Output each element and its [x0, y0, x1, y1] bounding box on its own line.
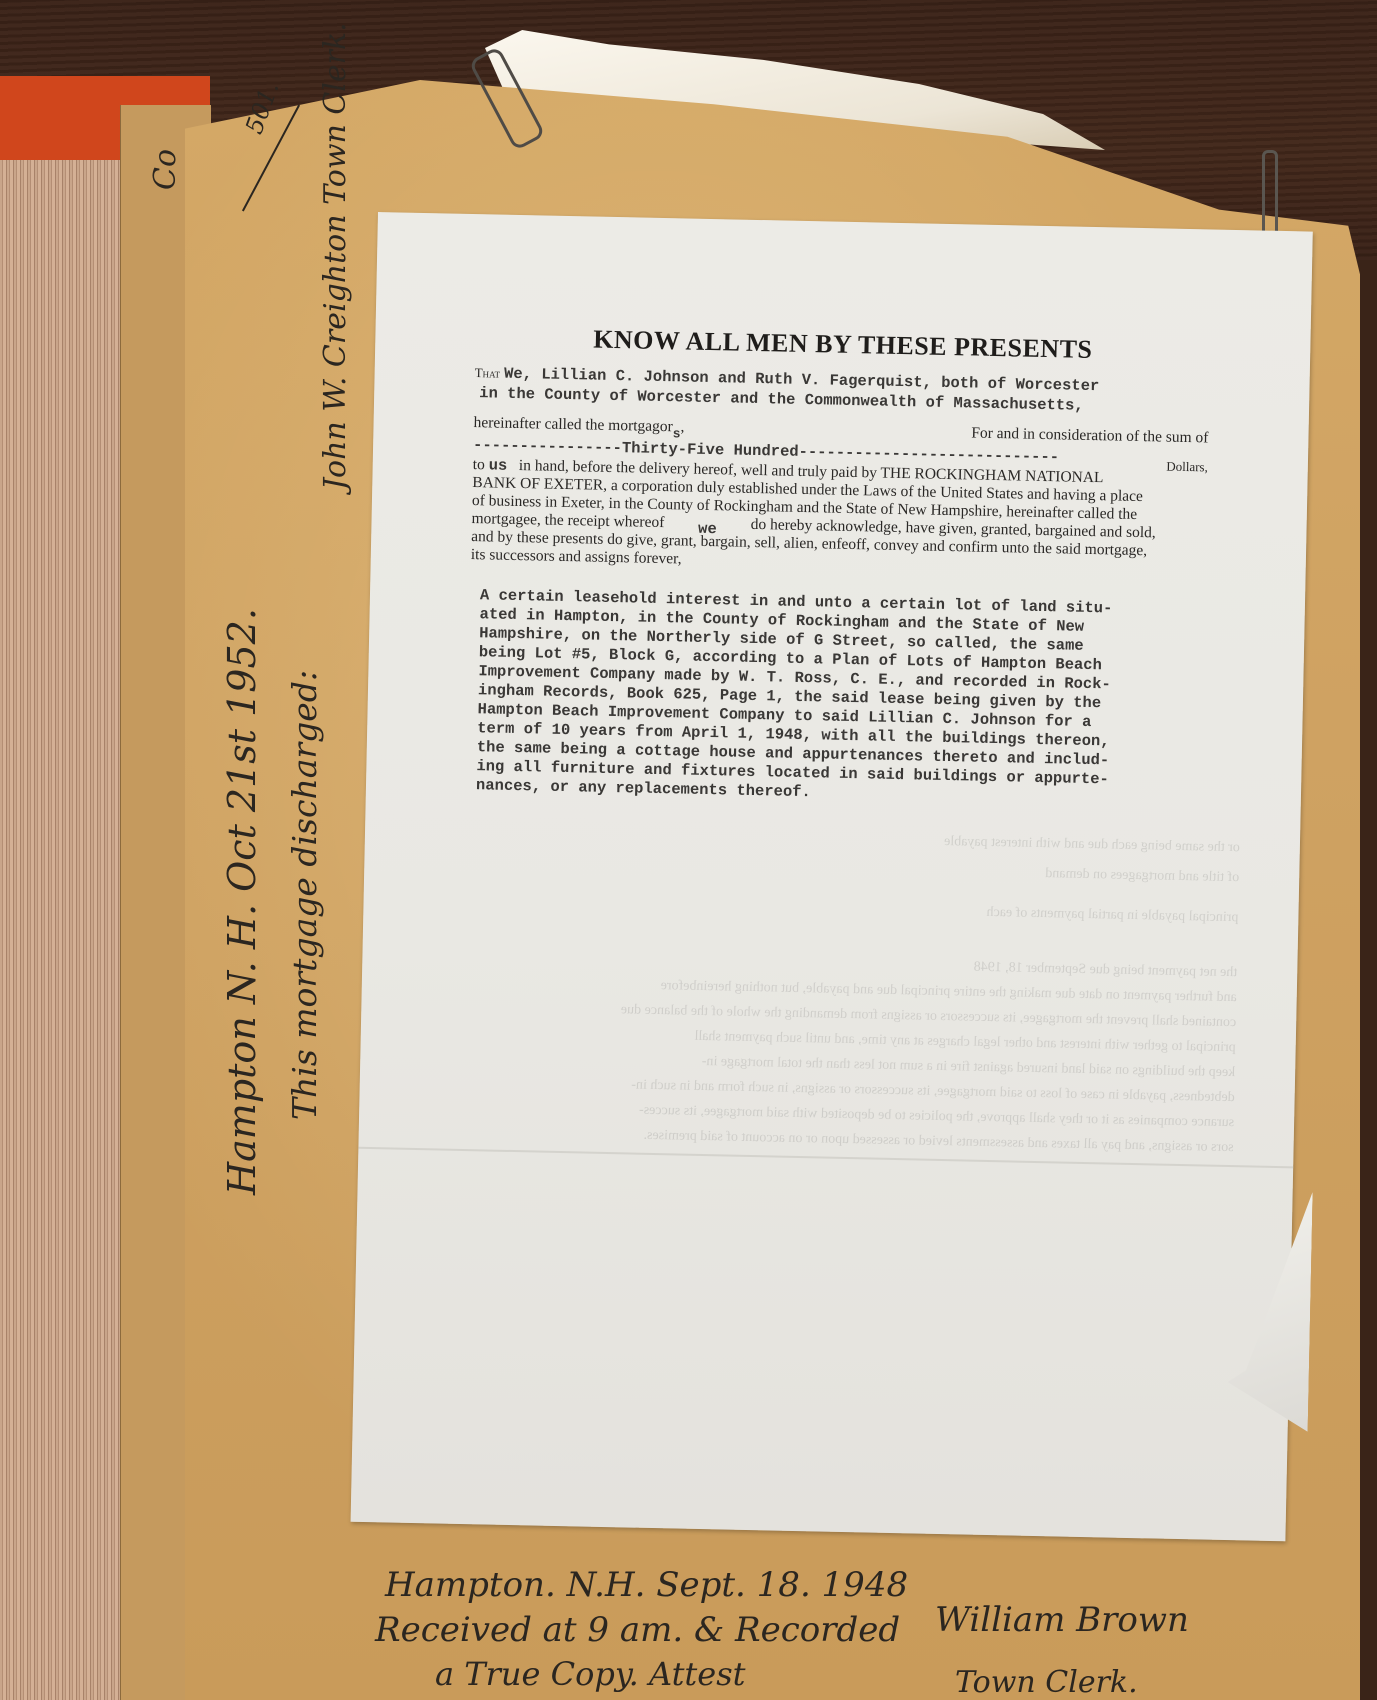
- recording-note-attest: a True Copy. Attest: [435, 1655, 746, 1693]
- recording-note-received: Received at 9 am. & Recorded: [375, 1610, 900, 1650]
- margin-note-discharged: This mortgage discharged:: [285, 670, 324, 1120]
- clerk-signature: William Brown: [935, 1600, 1189, 1640]
- clerk-title: Town Clerk.: [955, 1665, 1138, 1700]
- consideration-text: For and in consideration of the sum of: [971, 424, 1209, 447]
- margin-note-clerk-signature: John W. Creighton Town Clerk.: [318, 22, 353, 490]
- mortgage-deed-document: KNOW ALL MEN BY THESE PRESENTS That We, …: [351, 212, 1313, 1541]
- deed-line-10: its successors and assigns forever,: [471, 546, 682, 568]
- margin-note-discharge-date: Hampton N. H. Oct 21st 1952.: [220, 608, 264, 1195]
- that-prefix: That: [475, 365, 501, 381]
- recording-note-place-date: Hampton. N.H. Sept. 18. 1948: [385, 1565, 908, 1605]
- folder-back-handwriting: Co: [148, 149, 183, 190]
- document-heading: KNOW ALL MEN BY THESE PRESENTS: [375, 320, 1310, 370]
